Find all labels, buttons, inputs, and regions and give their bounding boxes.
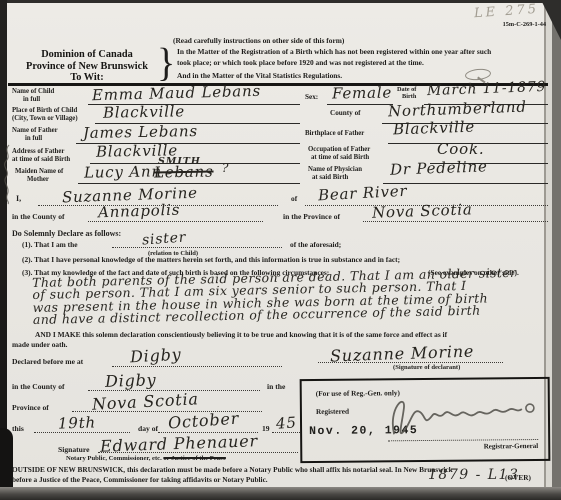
notary-sub-text: Notary Public, Commissioner, etc. <box>66 455 162 462</box>
notary-sub-struck-text: or Justice of the Peace <box>163 455 226 462</box>
declarant-county-label: in the County of <box>12 212 65 222</box>
dotted-line <box>318 362 503 363</box>
mother-surname-correction: SMITH <box>158 156 201 167</box>
declaration-item1-pre: (1). That I am the <box>22 240 78 250</box>
footer-line-1: OUTSIDE OF NEW BRUNSWICK, this declarati… <box>12 465 453 475</box>
mother-first-names: Lucy Ann <box>84 162 162 181</box>
matter-line-1: In the Matter of the Registration of a B… <box>177 47 491 57</box>
brace-glyph: } <box>157 40 175 86</box>
declaration-item1-post: of the aforesaid; <box>290 240 341 250</box>
physician-label-2: at said Birth <box>312 174 348 182</box>
father-occupation-label-2: at time of said Birth <box>311 154 369 162</box>
child-name-label-2: in full <box>23 96 40 104</box>
margin-scribble <box>0 143 16 205</box>
registration-box: (For use of Reg.-Gen. only) Registered N… <box>300 377 551 463</box>
declarant-province: Nova Scotia <box>372 200 473 222</box>
father-birthplace-label: Birthplace of Father <box>305 130 364 138</box>
scanned-document: LE 275 15m-C-269-1-44 (Read carefully in… <box>0 0 561 500</box>
relation-value: sister <box>141 229 186 248</box>
sex-value: Female <box>332 83 392 102</box>
father-occupation-value: Cook. <box>437 140 484 158</box>
declarant-signature-label: (Signature of declarant) <box>393 364 460 372</box>
day-of-label: day of <box>138 424 158 434</box>
declarant-province-label: in the Province of <box>283 212 340 222</box>
father-birthplace-value: Blackville <box>393 118 476 139</box>
notary-sub-label: Notary Public, Commissioner, etc. or Jus… <box>66 455 226 463</box>
jurisdiction-line-2: Province of New Brunswick <box>12 61 162 73</box>
read-instructions-note: (Read carefully instructions on other si… <box>173 36 344 46</box>
handwritten-statement: That both parents of the said person are… <box>32 266 555 326</box>
underline <box>327 104 393 105</box>
oath-line-1: AND I MAKE this solemn declaration consc… <box>35 330 447 340</box>
birthplace-label-1: Place of Birth of Child <box>12 107 77 115</box>
birthplace-label-2: (City, Town or Village) <box>12 115 78 123</box>
matter-line-2: took place; or which took place before 1… <box>177 58 424 68</box>
child-name-label-1: Name of Child <box>12 88 54 96</box>
scan-bottom-band <box>0 487 561 500</box>
father-name-label-1: Name of Father <box>12 127 58 135</box>
dotted-line <box>272 432 300 433</box>
execution-year: 45 <box>275 413 297 432</box>
jurisdiction-title: Dominion of Canada Province of New Bruns… <box>12 49 162 84</box>
mother-name-label-2: Mother <box>27 176 49 184</box>
jurisdiction-line-3: To Wit: <box>12 72 162 84</box>
dob-label-2: Birth <box>402 93 416 101</box>
execution-province-label: Province of <box>12 403 49 413</box>
dotted-line <box>112 247 282 248</box>
scan-edge-right <box>552 0 561 500</box>
form-number: 15m-C-269-1-44 <box>452 21 546 29</box>
physician-label-1: Name of Physician <box>308 166 362 174</box>
physician-value: Dr Pedeline <box>390 157 488 178</box>
execution-day: 19th <box>58 413 97 432</box>
registrar-general-signature <box>380 383 543 444</box>
dotted-line <box>88 221 263 222</box>
dotted-line <box>34 432 130 433</box>
declared-place: Digby <box>130 345 182 367</box>
underline <box>383 183 548 184</box>
execution-county: Digby <box>105 370 157 391</box>
footer-line-2: before a Justice of the Peace, Commissio… <box>12 475 268 485</box>
matter-line-3: And in the Matter of the Vital Statistic… <box>177 71 342 81</box>
query-mark: ? <box>222 161 228 175</box>
execution-county-label: in the County of <box>12 382 65 392</box>
father-address-label-1: Address of Father <box>12 148 64 156</box>
sex-label: Sex: <box>305 94 318 102</box>
county-label: County of <box>330 110 361 118</box>
file-reference: 1879 - L13 <box>428 467 519 483</box>
declarant-county: Annapolis <box>98 201 181 222</box>
declaration-heading: Do Solemnly Declare as follows: <box>12 229 121 239</box>
declaration-item2: (2). That I have personal knowledge of t… <box>22 255 400 265</box>
this-label: this <box>12 424 24 434</box>
jurisdiction-line-1: Dominion of Canada <box>12 49 162 61</box>
declared-before-label: Declared before me at <box>12 357 83 367</box>
i-label: I, <box>16 194 21 204</box>
registrar-general-label: Registrar-General <box>422 443 538 452</box>
scan-corner-notch <box>541 0 561 40</box>
signature-label: Signature <box>58 445 90 455</box>
father-address-label-2: at time of said Birth <box>12 156 70 164</box>
registered-label: Registered <box>316 407 349 417</box>
dotted-line <box>112 366 282 367</box>
scan-edge-left <box>0 0 7 500</box>
of-label: of <box>291 194 297 204</box>
year-prefix: 19 <box>262 424 270 434</box>
father-occupation-label-1: Occupation of Father <box>308 146 370 154</box>
mother-name-label-1: Maiden Name of <box>15 168 63 176</box>
oath-line-2: made under oath. <box>12 340 68 350</box>
birthplace-value: Blackville <box>103 102 185 121</box>
in-the-label: in the <box>267 382 285 392</box>
dotted-line <box>98 452 298 453</box>
dotted-line <box>363 221 548 222</box>
father-name-value: James Lebans <box>83 122 198 142</box>
father-name-label-2: in full <box>25 135 42 143</box>
